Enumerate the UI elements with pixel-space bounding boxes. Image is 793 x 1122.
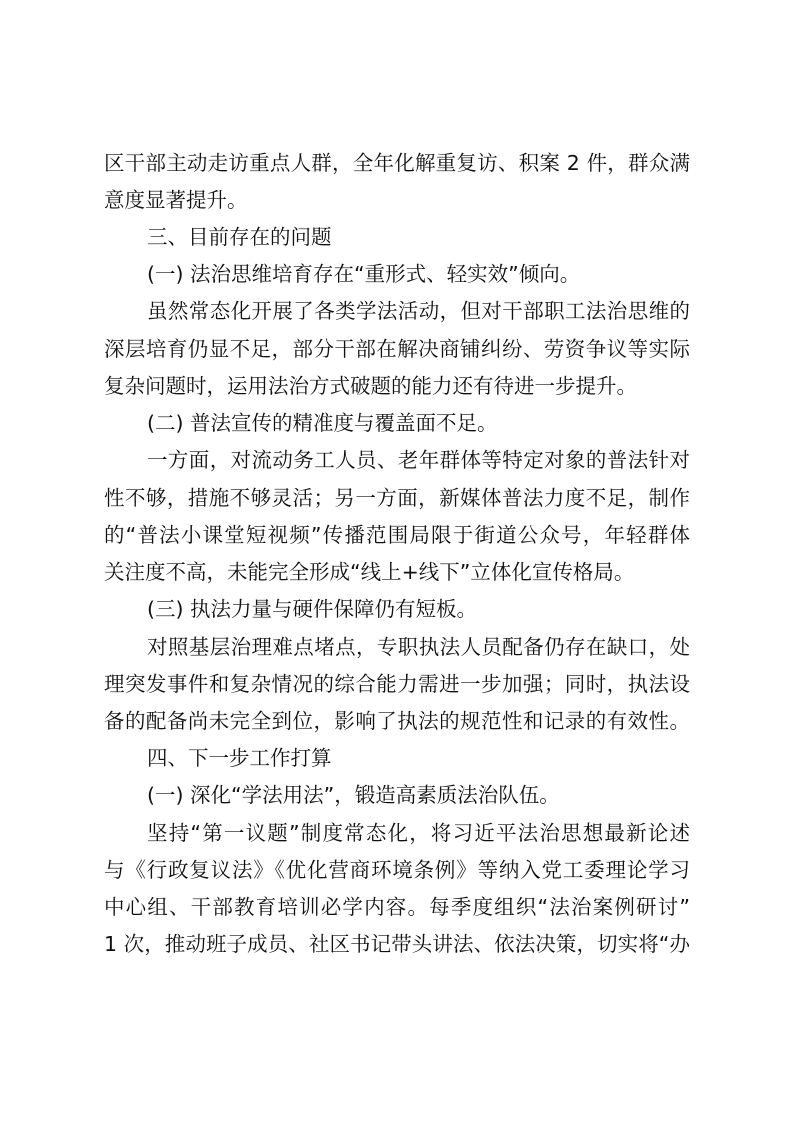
- body-text-line: 对照基层治理难点堵点，专职执法人员配备仍存在缺口，处: [147, 632, 690, 662]
- body-text-line: 虽然常态化开展了各类学法活动，但对干部职工法治思维的: [147, 296, 690, 326]
- body-text-line: 理突发事件和复杂情况的综合能力需进一步加强；同时，执法设: [104, 669, 690, 699]
- body-text-line: 坚持“第一议题”制度常态化，将习近平法治思想最新论述: [147, 818, 690, 848]
- subheading: (一) 法治思维培育存在“重形式、轻实效”倾向。: [147, 259, 690, 289]
- body-text-line: 与《行政复议法》《优化营商环境条例》等纳入党工委理论学习: [104, 855, 690, 885]
- body-text-line: 关注度不高，未能完全形成“线上+线下”立体化宣传格局。: [104, 557, 690, 587]
- body-text-line: 1 次，推动班子成员、社区书记带头讲法、依法决策，切实将“办: [104, 929, 690, 959]
- subheading: (三) 执法力量与硬件保障仍有短板。: [147, 594, 690, 624]
- body-text-line: 中心组、干部教育培训必学内容。每季度组织“法治案例研讨”: [104, 892, 690, 922]
- body-text-line: 备的配备尚未完全到位，影响了执法的规范性和记录的有效性。: [104, 706, 690, 736]
- body-text-line: 的“普法小课堂短视频”传播范围局限于街道公众号，年轻群体: [104, 520, 690, 550]
- section-heading: 三、目前存在的问题: [147, 222, 690, 252]
- body-text-line: 复杂问题时，运用法治方式破题的能力还有待进一步提升。: [104, 371, 690, 401]
- document-page: 区干部主动走访重点人群，全年化解重复访、积案 2 件，群众满 意度显著提升。 三…: [0, 0, 793, 1122]
- subheading: (二) 普法宣传的精准度与覆盖面不足。: [147, 408, 690, 438]
- body-text-line: 一方面，对流动务工人员、老年群体等特定对象的普法针对: [147, 445, 690, 475]
- section-heading: 四、下一步工作打算: [147, 743, 690, 773]
- body-text-line: 意度显著提升。: [104, 185, 690, 215]
- body-text-line: 深层培育仍显不足，部分干部在解决商铺纠纷、劳资争议等实际: [104, 334, 690, 364]
- subheading: (一) 深化“学法用法”，锻造高素质法治队伍。: [147, 780, 690, 810]
- body-text-line: 性不够，措施不够灵活；另一方面，新媒体普法力度不足，制作: [104, 483, 690, 513]
- body-text-line: 区干部主动走访重点人群，全年化解重复访、积案 2 件，群众满: [104, 148, 690, 178]
